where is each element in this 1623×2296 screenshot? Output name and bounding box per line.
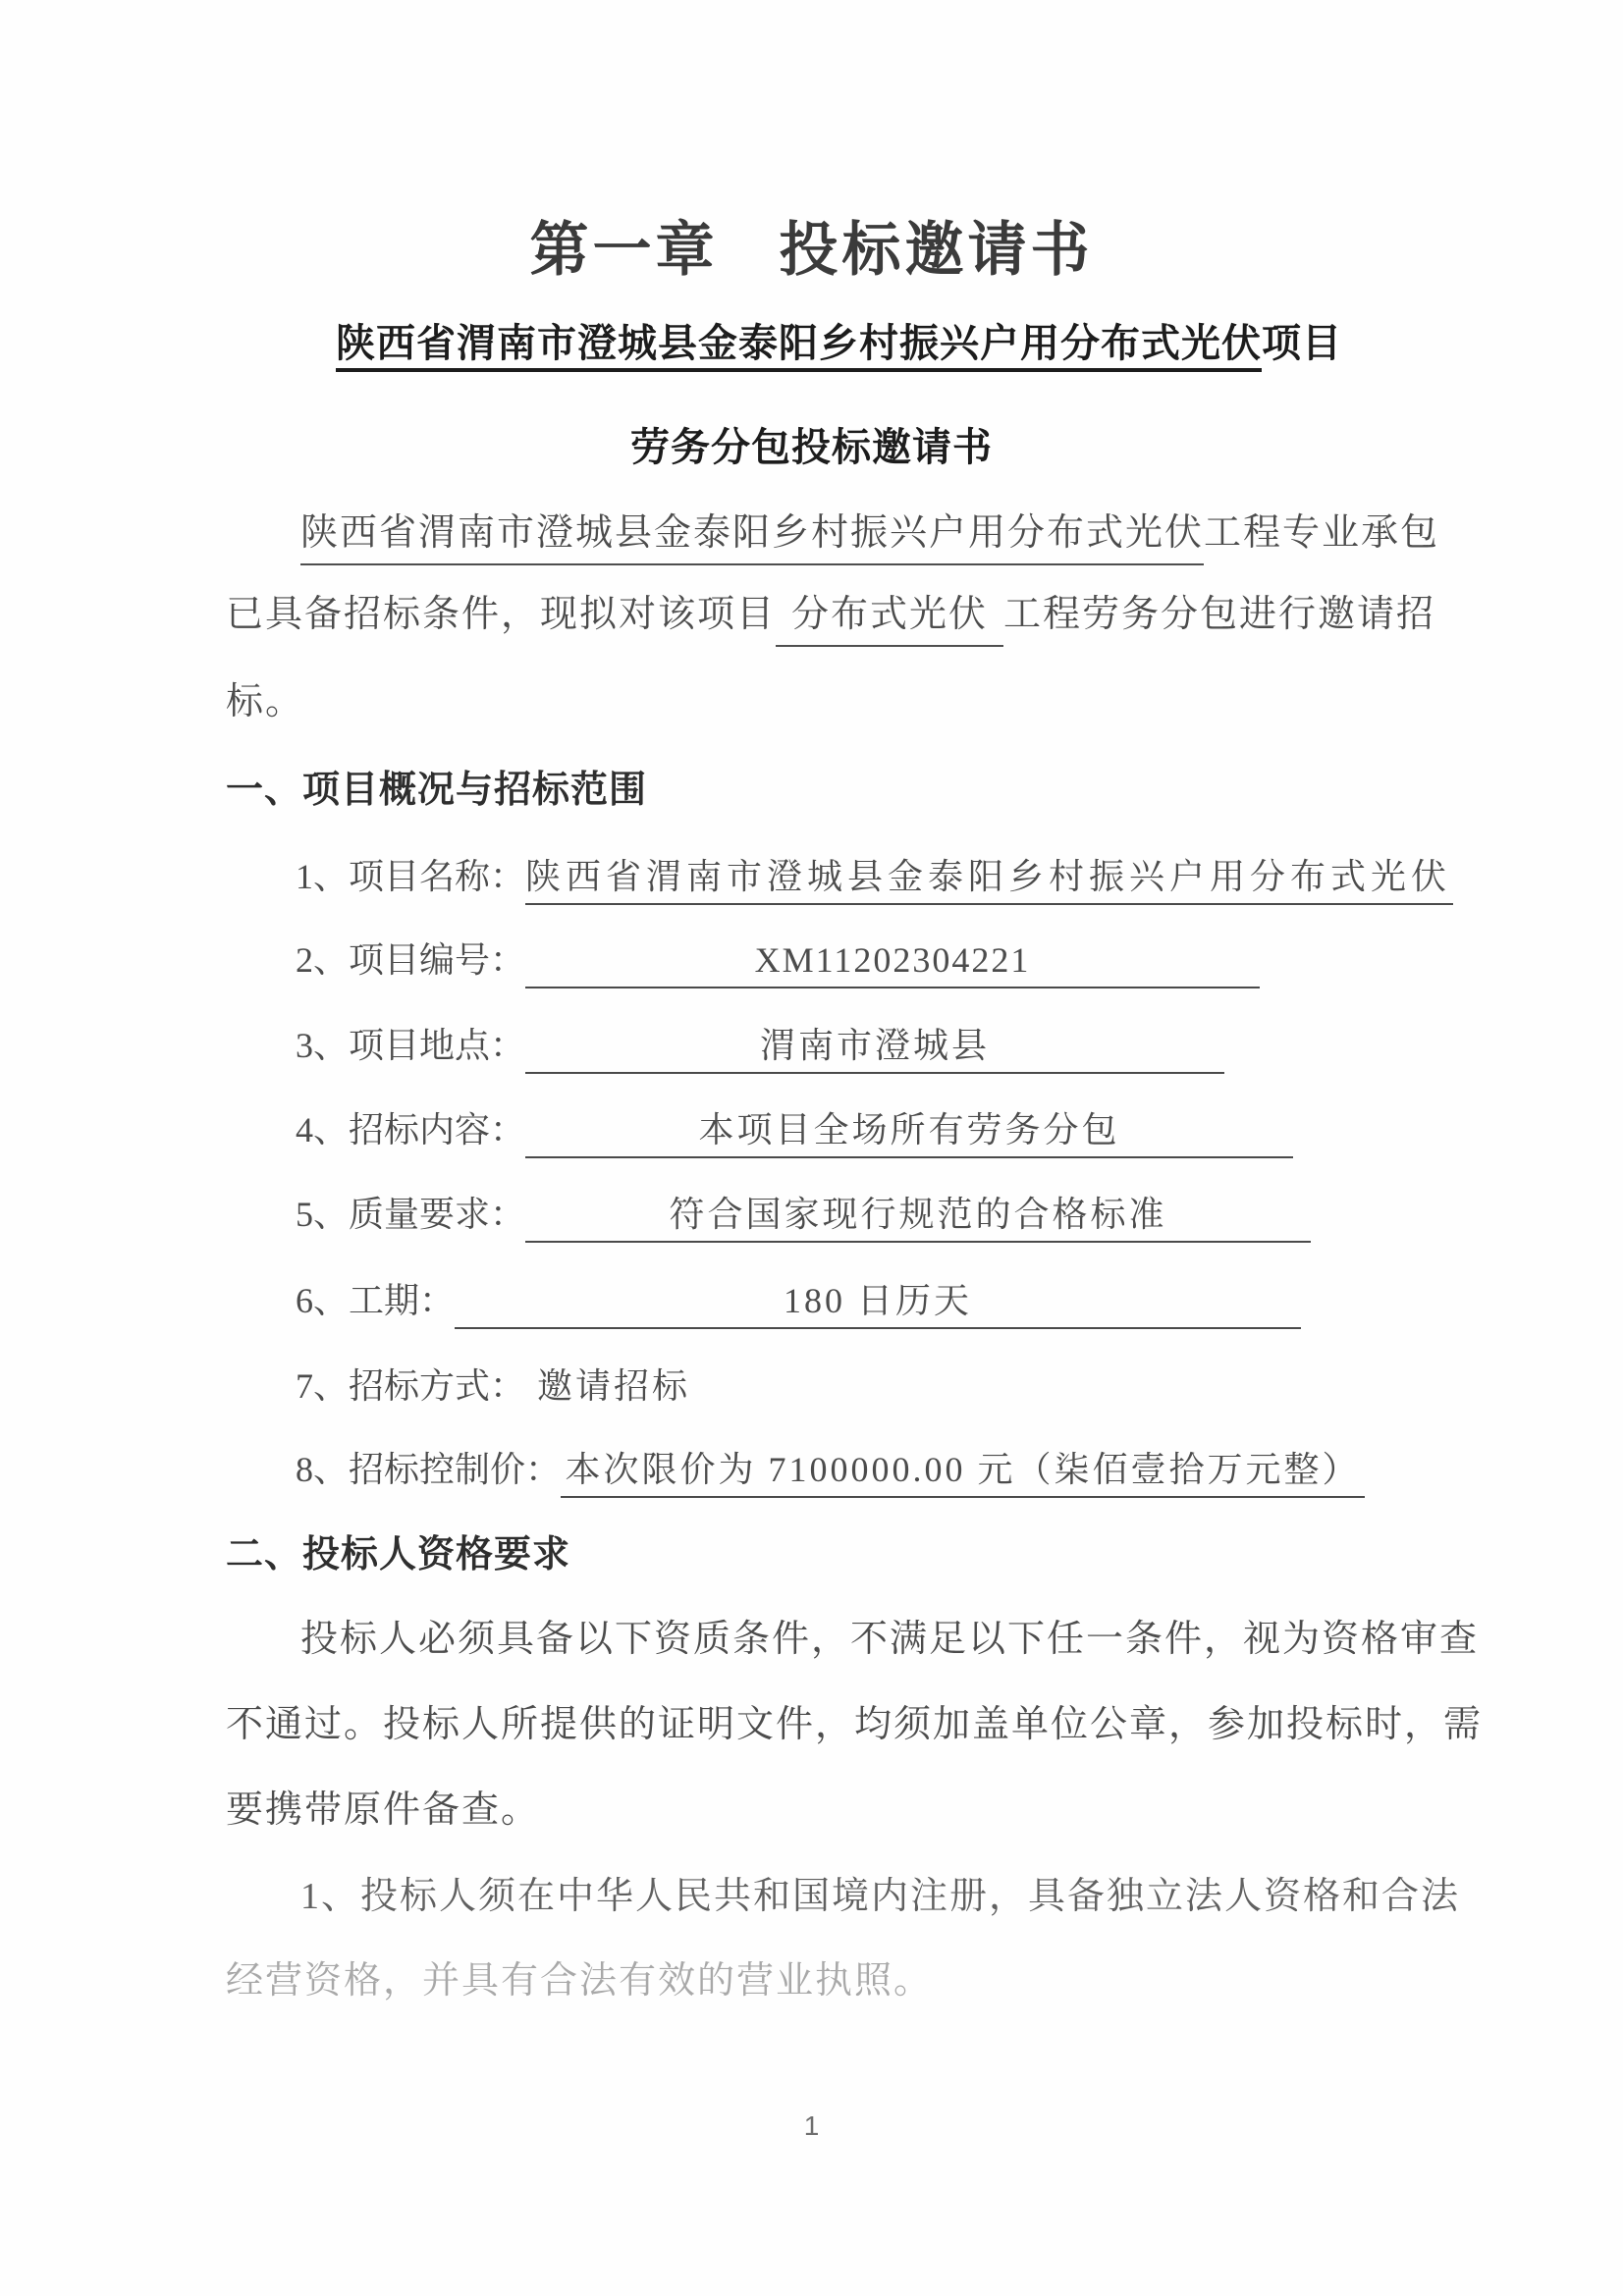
intro-line-2: 已具备招标条件，现拟对该项目分布式光伏工程劳务分包进行邀请招 [226, 596, 1435, 633]
field-project-name-label: 1、项目名称： [296, 859, 525, 894]
intro-line-2-post: 工程劳务分包进行邀请招 [1003, 594, 1435, 635]
field-construction-period-value: 180 日历天 [455, 1283, 1301, 1329]
field-tender-method-label: 7、招标方式： [296, 1368, 525, 1404]
qualification-paragraph-line-1: 投标人必须具备以下资质条件，不满足以下任一条件，视为资格审查 [300, 1621, 1479, 1658]
document-page: 第一章投标邀请书 陕西省渭南市澄城县金泰阳乡村振兴户用分布式光伏项目 劳务分包投… [0, 0, 1623, 2296]
field-project-number-label: 2、项目编号： [296, 942, 525, 978]
field-tender-content-value: 本项目全场所有劳务分包 [525, 1112, 1293, 1158]
project-title-underlined: 陕西省渭南市澄城县金泰阳乡村振兴户用分布式光伏 [336, 322, 1262, 372]
field-tender-control-price-label: 8、招标控制价： [296, 1452, 561, 1487]
intro-line-1: 陕西省渭南市澄城县金泰阳乡村振兴户用分布式光伏工程专业承包 [300, 514, 1439, 552]
field-project-number-value: XM11202304221 [525, 942, 1260, 988]
field-project-name: 1、项目名称：陕西省渭南市澄城县金泰阳乡村振兴户用分布式光伏 [296, 859, 1453, 905]
section1-heading: 一、项目概况与招标范围 [226, 772, 647, 809]
intro-line-1-underlined: 陕西省渭南市澄城县金泰阳乡村振兴户用分布式光伏 [300, 512, 1204, 565]
field-project-name-value: 陕西省渭南市澄城县金泰阳乡村振兴户用分布式光伏 [525, 859, 1453, 905]
field-project-location-value: 渭南市澄城县 [525, 1028, 1224, 1074]
intro-line-2-underlined: 分布式光伏 [776, 594, 1003, 647]
qualification-item1-line-1: 1、投标人须在中华人民共和国境内注册，具备独立法人资格和合法 [300, 1878, 1460, 1915]
chapter-title: 第一章投标邀请书 [0, 203, 1623, 288]
field-tender-method: 7、招标方式：邀请招标 [296, 1368, 690, 1404]
field-quality-requirement-value: 符合国家现行规范的合格标准 [525, 1197, 1311, 1243]
field-tender-method-value: 邀请招标 [525, 1368, 690, 1404]
field-tender-content-label: 4、招标内容： [296, 1112, 525, 1148]
document-subtitle: 劳务分包投标邀请书 [0, 416, 1623, 472]
field-tender-control-price-value: 本次限价为 7100000.00 元（柒佰壹拾万元整） [561, 1452, 1365, 1498]
field-construction-period: 6、工期：180 日历天 [296, 1283, 1301, 1329]
qualification-item1-line-2: 经营资格，并具有合法有效的营业执照。 [226, 1962, 933, 2000]
field-project-number: 2、项目编号：XM11202304221 [296, 942, 1260, 988]
qualification-paragraph-line-2: 不通过。投标人所提供的证明文件，均须加盖单位公章，参加投标时，需 [226, 1706, 1483, 1743]
field-project-location-label: 3、项目地点： [296, 1028, 525, 1063]
qualification-paragraph-line-3: 要携带原件备查。 [226, 1791, 540, 1829]
field-project-location: 3、项目地点：渭南市澄城县 [296, 1028, 1224, 1074]
field-quality-requirement-label: 5、质量要求： [296, 1197, 525, 1232]
project-title-line: 陕西省渭南市澄城县金泰阳乡村振兴户用分布式光伏项目 [0, 312, 1623, 368]
chapter-name: 投标邀请书 [780, 218, 1094, 283]
project-title-rest: 项目 [1262, 322, 1342, 365]
intro-line-3: 标。 [226, 683, 304, 721]
field-construction-period-label: 6、工期： [296, 1283, 455, 1318]
section2-heading: 二、投标人资格要求 [226, 1536, 570, 1574]
page-number: 1 [0, 2110, 1623, 2142]
intro-line-2-pre: 已具备招标条件，现拟对该项目 [226, 594, 776, 635]
intro-line-1-rest: 工程专业承包 [1204, 512, 1439, 554]
field-tender-content: 4、招标内容：本项目全场所有劳务分包 [296, 1112, 1293, 1158]
field-quality-requirement: 5、质量要求：符合国家现行规范的合格标准 [296, 1197, 1311, 1243]
field-tender-control-price: 8、招标控制价：本次限价为 7100000.00 元（柒佰壹拾万元整） [296, 1452, 1365, 1498]
chapter-number: 第一章 [530, 218, 719, 283]
